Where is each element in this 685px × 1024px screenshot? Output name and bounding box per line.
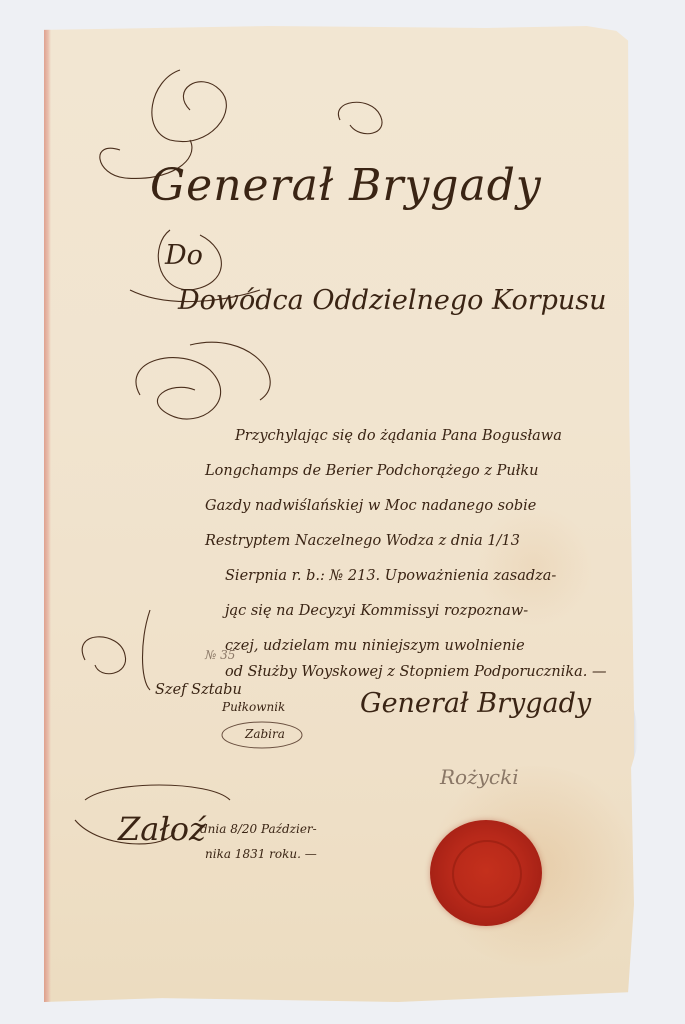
body-line: od Służby Woyskowej z Stopniem Podporucz… <box>225 664 607 680</box>
left-signature-name: Zabira <box>245 727 285 741</box>
right-signature-name: Rożycki <box>440 765 519 789</box>
body-line: jąc się na Decyzyi Kommissyi rozpoznaw- <box>225 603 528 619</box>
addressee-prefix: Do <box>165 240 203 271</box>
body-line: Restryptem Naczelnego Wodza z dnia 1/13 <box>205 533 520 549</box>
body-line: Longchamps de Berier Podchorążego z Pułk… <box>205 463 539 479</box>
heading-title: Generał Brygady <box>150 160 542 211</box>
addressee: Dowódca Oddzielnego Korpusu <box>178 285 607 316</box>
date-line2: nika 1831 roku. — <box>205 847 317 861</box>
wax-seal <box>430 820 542 926</box>
body-line: Przychylając się do żądania Pana Bogusła… <box>235 428 562 444</box>
date-line1: dnia 8/20 Paździer- <box>200 822 317 836</box>
body-line: Gazdy nadwiślańskiej w Moc nadanego sobi… <box>205 498 536 514</box>
left-signature-line1: Szef Sztabu <box>155 682 242 698</box>
number-note: № 35 <box>205 648 235 662</box>
right-signature-title: Generał Brygady <box>360 688 591 719</box>
left-signature-line2: Pułkownik <box>222 700 285 714</box>
place-name: Załoź <box>118 810 206 848</box>
body-line: czej, udzielam mu niniejszym uwolnienie <box>225 638 525 654</box>
body-line: Sierpnia r. b.: № 213. Upoważnienia zasa… <box>225 568 556 584</box>
